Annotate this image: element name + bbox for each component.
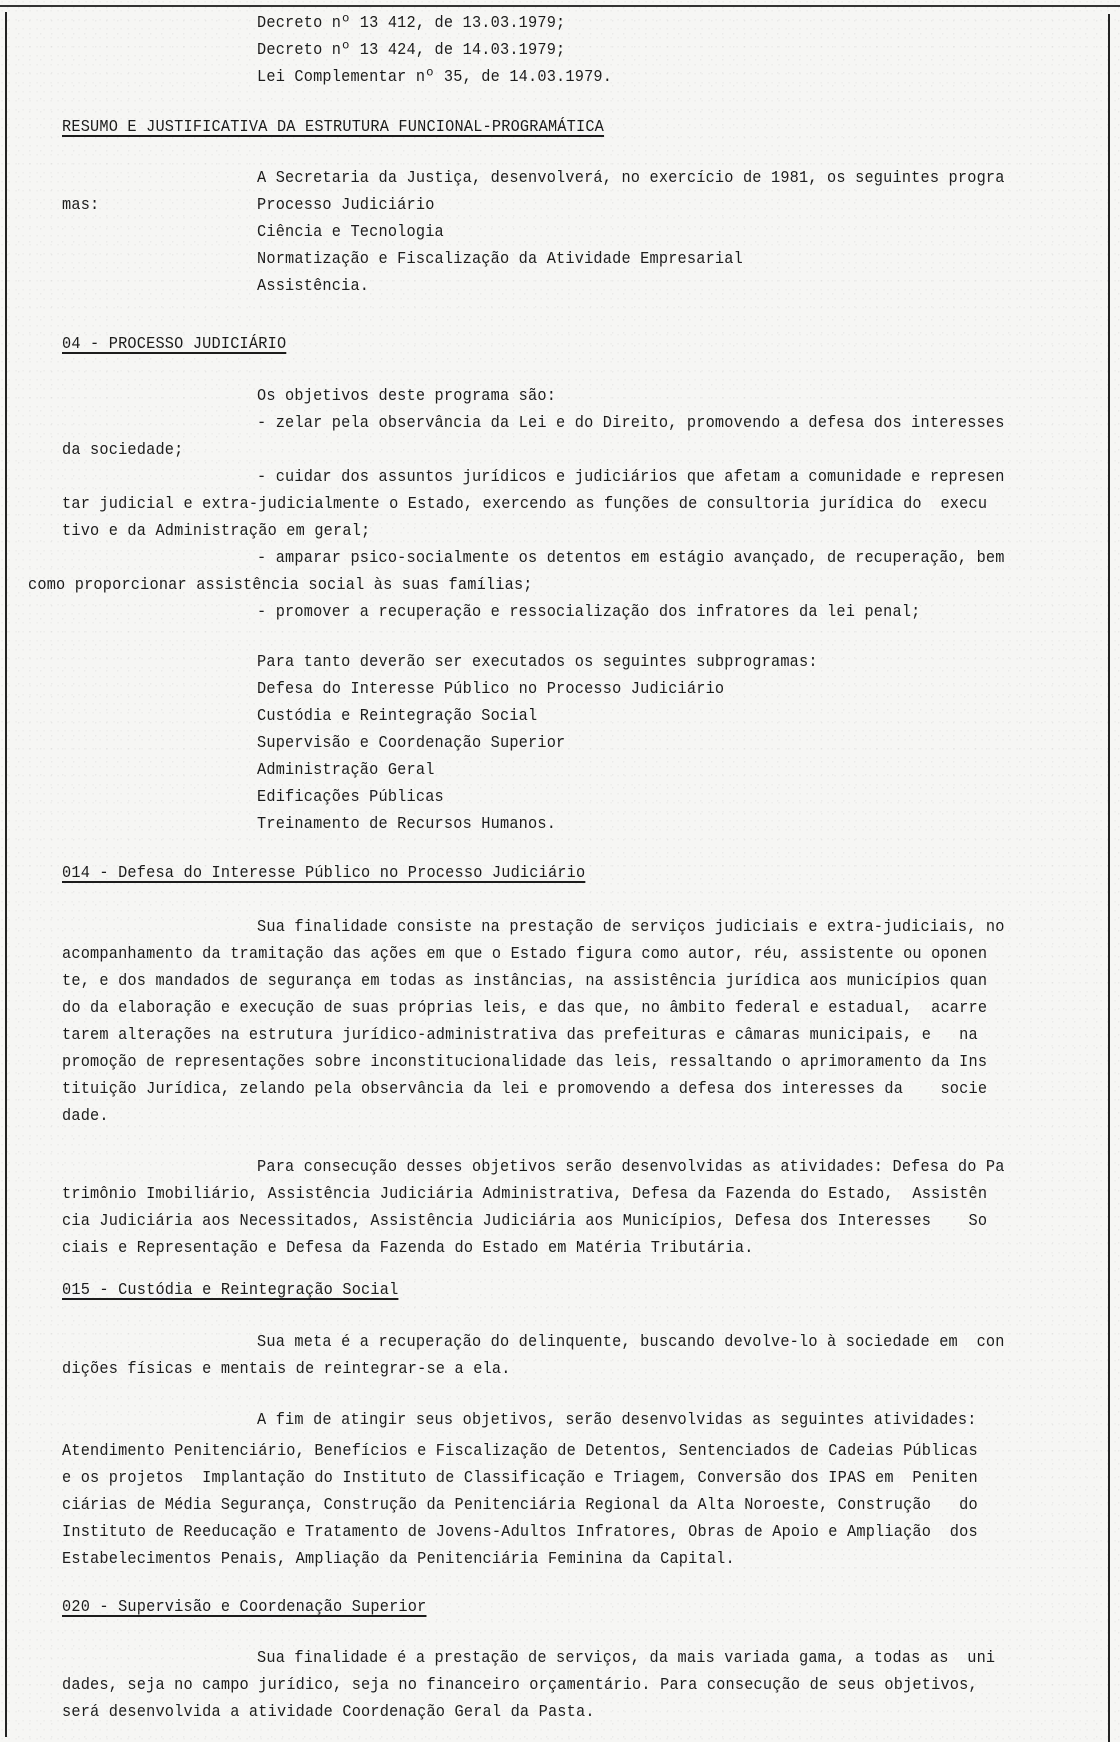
reference-line: Lei Complementar nº 35, de 14.03.1979. <box>257 67 612 87</box>
objective-line: - promover a recuperação e ressocializaç… <box>257 602 921 622</box>
paragraph-line: te, e dos mandados de segurança em todas… <box>62 971 987 991</box>
section-title: RESUMO E JUSTIFICATIVA DA ESTRUTURA FUNC… <box>62 117 604 137</box>
paragraph-line: dade. <box>62 1106 109 1126</box>
paragraph-line: Instituto de Reeducação e Tratamento de … <box>62 1522 978 1542</box>
paragraph-line: cia Judiciária aos Necessitados, Assistê… <box>62 1211 987 1231</box>
intro-line-prefix: mas: <box>62 195 99 215</box>
right-border-rule <box>1108 14 1110 1742</box>
subprogram-list-item: Treinamento de Recursos Humanos. <box>257 814 556 834</box>
reference-line: Decreto nº 13 412, de 13.03.1979; <box>257 13 565 33</box>
objectives-intro: Os objetivos deste programa são: <box>257 386 556 406</box>
paragraph-line: acompanhamento da tramitação das ações e… <box>62 944 987 964</box>
subprogram-list-item: Defesa do Interesse Público no Processo … <box>257 679 724 699</box>
paragraph-line: será desenvolvida a atividade Coordenaçã… <box>62 1702 595 1722</box>
objective-line: - amparar psico-socialmente os detentos … <box>257 548 1005 568</box>
program-list-item: Normatização e Fiscalização da Atividade… <box>257 249 743 269</box>
paragraph-line: dades, seja no campo jurídico, seja no f… <box>62 1675 978 1695</box>
scanned-document-page: Decreto nº 13 412, de 13.03.1979; Decret… <box>0 0 1120 1742</box>
paragraph-line: Sua finalidade é a prestação de serviços… <box>257 1648 995 1668</box>
program-list-item: Assistência. <box>257 276 369 296</box>
objective-line: tar judicial e extra-judicialmente o Est… <box>62 494 987 514</box>
paragraph-line: e os projetos Implantação do Instituto d… <box>62 1468 978 1488</box>
paragraph-line: dições físicas e mentais de reintegrar-s… <box>62 1359 511 1379</box>
paragraph-line: Sua finalidade consiste na prestação de … <box>257 917 1005 937</box>
program-list-item: Ciência e Tecnologia <box>257 222 444 242</box>
subprogram-014-title: 014 - Defesa do Interesse Público no Pro… <box>62 863 585 883</box>
subprogram-020-title: 020 - Supervisão e Coordenação Superior <box>62 1597 426 1617</box>
paragraph-line: promoção de representações sobre inconst… <box>62 1052 987 1072</box>
subprogram-015-title: 015 - Custódia e Reintegração Social <box>62 1280 398 1300</box>
paragraph-line: Estabelecimentos Penais, Ampliação da Pe… <box>62 1549 735 1569</box>
top-border-rule <box>0 5 1120 7</box>
subprograms-intro: Para tanto deverão ser executados os seg… <box>257 652 818 672</box>
subprogram-list-item: Supervisão e Coordenação Superior <box>257 733 565 753</box>
paragraph-line: Atendimento Penitenciário, Benefícios e … <box>62 1441 978 1461</box>
paragraph-line: A fim de atingir seus objetivos, serão d… <box>257 1410 977 1430</box>
objective-line: da sociedade; <box>62 440 183 460</box>
objective-line: - cuidar dos assuntos jurídicos e judici… <box>257 467 1005 487</box>
paragraph-line: ciárias de Média Segurança, Construção d… <box>62 1495 978 1515</box>
intro-line: A Secretaria da Justiça, desenvolverá, n… <box>257 168 1005 188</box>
program-04-title: 04 - PROCESSO JUDICIÁRIO <box>62 334 286 354</box>
reference-line: Decreto nº 13 424, de 14.03.1979; <box>257 40 565 60</box>
subprogram-list-item: Custódia e Reintegração Social <box>257 706 537 726</box>
objective-line: tivo e da Administração em geral; <box>62 521 370 541</box>
paragraph-line: do da elaboração e execução de suas próp… <box>62 998 987 1018</box>
paragraph-line: tarem alterações na estrutura jurídico-a… <box>62 1025 978 1045</box>
objective-line: como proporcionar assistência social às … <box>28 575 533 595</box>
paragraph-line: tituição Jurídica, zelando pela observân… <box>62 1079 987 1099</box>
objective-line: - zelar pela observância da Lei e do Dir… <box>257 413 1005 433</box>
paragraph-line: ciais e Representação e Defesa da Fazend… <box>62 1238 754 1258</box>
program-list-item: Processo Judiciário <box>257 195 435 215</box>
paragraph-line: Para consecução desses objetivos serão d… <box>257 1157 1005 1177</box>
subprogram-list-item: Edificações Públicas <box>257 787 444 807</box>
paragraph-line: Sua meta é a recuperação do delinquente,… <box>257 1332 1005 1352</box>
subprogram-list-item: Administração Geral <box>257 760 435 780</box>
left-border-rule <box>5 12 7 1737</box>
paragraph-line: trimônio Imobiliário, Assistência Judici… <box>62 1184 987 1204</box>
